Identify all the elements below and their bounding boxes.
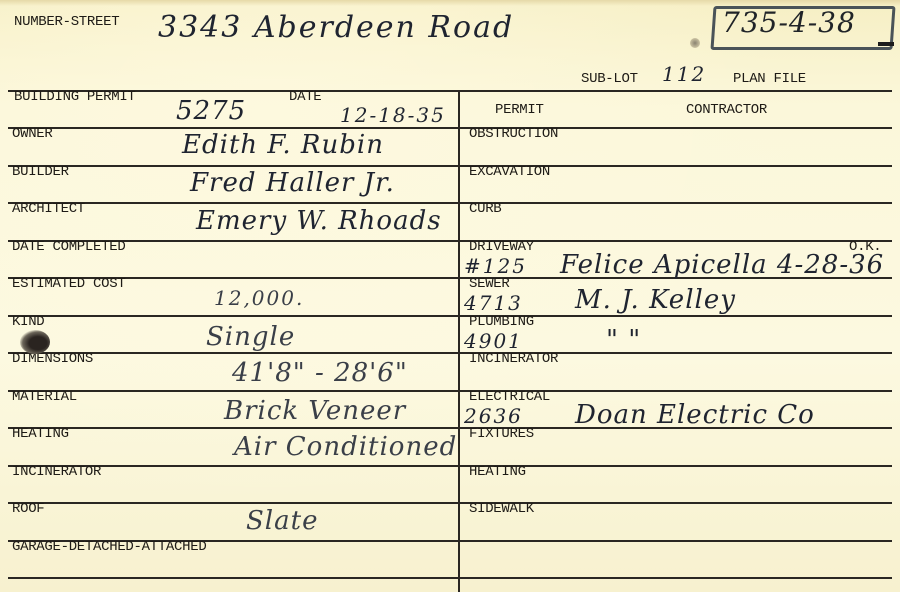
permit-type-label: DRIVEWAY bbox=[469, 239, 534, 255]
row-rule bbox=[8, 502, 892, 504]
permit-type-label: ELECTRICAL bbox=[469, 389, 550, 405]
plan-file-label: PLAN FILE bbox=[733, 71, 806, 87]
contractor-name: M. J. Kelley bbox=[575, 285, 736, 315]
row-rule bbox=[8, 390, 892, 392]
permit-card: NUMBER-STREET 3343 Aberdeen Road 735-4-3… bbox=[0, 0, 900, 592]
building-permit-value: 5275 bbox=[176, 96, 246, 126]
permit-type-label: FIXTURES bbox=[469, 426, 534, 442]
number-street-label: NUMBER-STREET bbox=[14, 14, 119, 30]
sub-lot-label: SUB-LOT bbox=[581, 71, 638, 87]
permit-type-label: SEWER bbox=[469, 276, 510, 292]
contractor-name: Doan Electric Co bbox=[575, 400, 815, 430]
field-label: ARCHITECT bbox=[12, 201, 85, 217]
row-rule bbox=[8, 202, 892, 204]
address-value: 3343 Aberdeen Road bbox=[158, 10, 514, 45]
row-rule bbox=[8, 352, 892, 354]
building-permit-label: BUILDING PERMIT bbox=[14, 89, 136, 105]
field-label: MATERIAL bbox=[12, 389, 77, 405]
field-value: Brick Veneer bbox=[224, 396, 406, 426]
permit-header: PERMIT bbox=[495, 102, 544, 118]
ok-label: O.K. bbox=[849, 239, 881, 255]
field-label: KIND bbox=[12, 314, 44, 330]
field-value: Emery W. Rhoads bbox=[196, 206, 442, 236]
permit-type-label: CURB bbox=[469, 201, 501, 217]
permit-type-label: PLUMBING bbox=[469, 314, 534, 330]
row-rule bbox=[8, 465, 892, 467]
contractor-name: " " bbox=[606, 325, 641, 355]
row-rule bbox=[8, 315, 892, 317]
field-label: ESTIMATED COST bbox=[12, 276, 125, 292]
field-label: BUILDER bbox=[12, 164, 69, 180]
paper-spot bbox=[690, 38, 700, 48]
permit-type-label: OBSTRUCTION bbox=[469, 126, 558, 142]
sub-lot-value: 112 bbox=[662, 62, 706, 86]
field-label: OWNER bbox=[12, 126, 53, 142]
field-label: HEATING bbox=[12, 426, 69, 442]
field-value: 12,000. bbox=[214, 286, 304, 310]
field-value: 41'8" - 28'6" bbox=[232, 358, 408, 388]
permit-type-label: EXCAVATION bbox=[469, 164, 550, 180]
field-value: Single bbox=[206, 322, 295, 352]
field-value: Edith F. Rubin bbox=[182, 130, 384, 160]
row-rule bbox=[8, 240, 892, 242]
permit-number: 4713 bbox=[464, 291, 523, 315]
row-rule bbox=[8, 577, 892, 579]
row-rule bbox=[8, 165, 892, 167]
permit-type-label: SIDEWALK bbox=[469, 501, 534, 517]
field-value: Air Conditioned bbox=[234, 432, 457, 462]
field-label: ROOF bbox=[12, 501, 44, 517]
ink-blot bbox=[20, 330, 50, 354]
permit-number: 2636 bbox=[464, 404, 523, 428]
permit-number: 4901 bbox=[464, 329, 523, 353]
field-label: GARAGE-DETACHED-ATTACHED bbox=[12, 539, 206, 555]
permit-type-label: HEATING bbox=[469, 464, 526, 480]
column-divider bbox=[458, 90, 460, 592]
field-label: INCINERATOR bbox=[12, 464, 101, 480]
date-value: 12-18-35 bbox=[340, 103, 446, 127]
permit-number: #125 bbox=[464, 254, 527, 278]
file-number-value: 735-4-38 bbox=[722, 6, 856, 39]
field-label: DIMENSIONS bbox=[12, 351, 93, 367]
row-rule bbox=[8, 127, 892, 129]
field-value: Fred Haller Jr. bbox=[190, 168, 395, 198]
contractor-name: Felice Apicella 4-28-36 bbox=[560, 250, 884, 280]
stamp-mark bbox=[878, 42, 894, 46]
contractor-header: CONTRACTOR bbox=[686, 102, 767, 118]
date-label: DATE bbox=[289, 89, 321, 105]
field-value: Slate bbox=[246, 506, 318, 536]
row-rule bbox=[8, 90, 892, 92]
permit-type-label: INCINERATOR bbox=[469, 351, 558, 367]
field-label: DATE COMPLETED bbox=[12, 239, 125, 255]
